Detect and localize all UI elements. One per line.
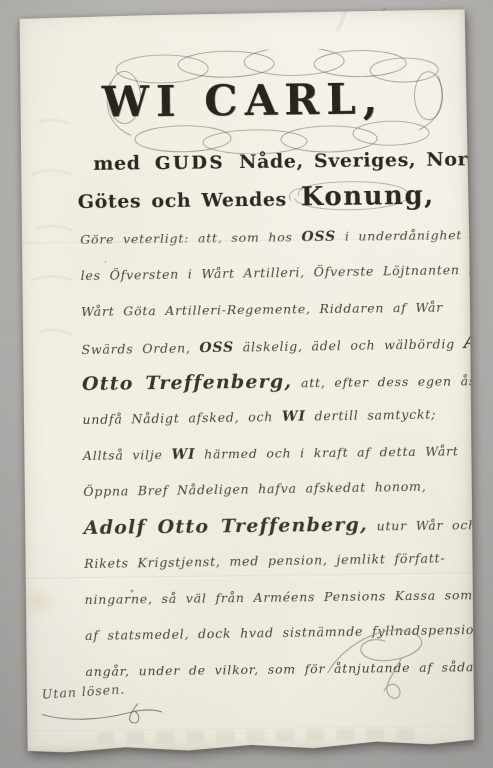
hand-line: undfå Nådigt afsked, och WI dertill samt… xyxy=(82,396,463,438)
hand-text-segment: Alltså vilje xyxy=(83,447,172,463)
fee-exemption-note: Utan lösen. xyxy=(41,681,125,701)
name-script-segment: Adolf Otto Treffenberg, xyxy=(84,514,368,539)
hand-text-segment: undfå Nådigt afsked, och xyxy=(82,409,282,427)
hand-text-segment: Göre veterligt: att, som hos xyxy=(80,229,301,247)
hand-text-segment: ningarne, så väl från Arméens Pensions K… xyxy=(85,587,473,607)
hand-text-segment: utur Wår och xyxy=(368,517,476,533)
hand-text-segment: härmed och i kraft af detta Wårt xyxy=(195,443,459,461)
hand-line: ningarne, så väl från Arméens Pensions K… xyxy=(84,577,464,618)
corner-fold-mark xyxy=(268,10,418,32)
title-pre: Götes och Wendes xyxy=(78,188,287,213)
hand-text-segment: OSS xyxy=(301,229,336,245)
hand-text-segment: i underdånighet anmä- xyxy=(336,227,476,244)
royal-title-line: Götes och WendesKonung, xyxy=(78,181,435,215)
bleed-through-marks xyxy=(21,110,84,351)
hand-line: Rikets Krigstjenst, med pension, jemlikt… xyxy=(84,540,465,582)
paper-stain xyxy=(18,584,58,618)
grace-guds: GUDS xyxy=(155,152,225,174)
hand-text-segment: dertill samtyckt; xyxy=(306,406,437,423)
royal-name-heading: WI CARL, xyxy=(18,73,468,127)
photo-backdrop: { "photo": { "background_color": "#b0aea… xyxy=(0,0,493,768)
hand-line: Öppna Bref Nådeligen hafva afskedat hono… xyxy=(83,468,464,510)
document-paper: WI CARL, med GUDS Nåde, Sveriges, Norges… xyxy=(17,9,475,754)
pencil-paraph-icon xyxy=(313,618,442,712)
hand-line: Wårt Göta Artilleri-Regemente, Riddaren … xyxy=(81,289,461,330)
hand-line: Otto Treffenberg, att, efter dess egen å… xyxy=(82,361,462,402)
hand-line: Alltså vilje WI härmed och i kraft af de… xyxy=(83,433,463,474)
hand-text-segment: Swärds Orden, xyxy=(81,340,199,357)
hand-text-segment: Rikets Krigstjenst, med pension, jemlikt… xyxy=(84,550,445,571)
hand-text-segment: älskelig, ädel och wälbördig xyxy=(234,336,464,355)
grace-line: med GUDS Nåde, Sveriges, Norges, xyxy=(93,148,475,175)
document-paper-wrapper: WI CARL, med GUDS Nåde, Sveriges, Norges… xyxy=(17,9,475,754)
konung-word: Konung, xyxy=(301,181,435,213)
hand-line: Adolf Otto Treffenberg, utur Wår och xyxy=(84,505,464,546)
hand-text-segment: OSS xyxy=(199,340,234,357)
hand-text-segment: WI xyxy=(282,408,306,424)
hand-text-segment: Wårt Göta Artilleri-Regemente, Riddaren … xyxy=(81,300,443,319)
konung-word-wrap: Konung, xyxy=(301,181,435,213)
grace-med: med xyxy=(93,152,141,175)
hand-text-segment: les Öfversten i Wårt Artilleri, Öfverste… xyxy=(81,262,474,283)
name-script-segment: Otto Treffenberg, xyxy=(82,370,292,395)
hand-text-segment: WI xyxy=(171,447,195,463)
hand-text-segment: Öppna Bref Nådeligen hafva afskedat hono… xyxy=(83,479,426,499)
hand-line: Göre veterligt: att, som hos OSS i under… xyxy=(80,217,460,258)
name-script-segment: Adolf xyxy=(464,330,476,353)
grace-rest: Nåde, Sveriges, Norges, xyxy=(239,148,476,173)
hand-line: les Öfversten i Wårt Artilleri, Öfverste… xyxy=(80,252,461,294)
hand-text-segment: att, efter dess egen åstundan, xyxy=(292,373,475,391)
note-underline-flourish-icon xyxy=(38,701,172,729)
bleed-through-band xyxy=(96,728,426,744)
hand-line: Swärds Orden, OSS älskelig, ädel och wäl… xyxy=(81,324,462,366)
